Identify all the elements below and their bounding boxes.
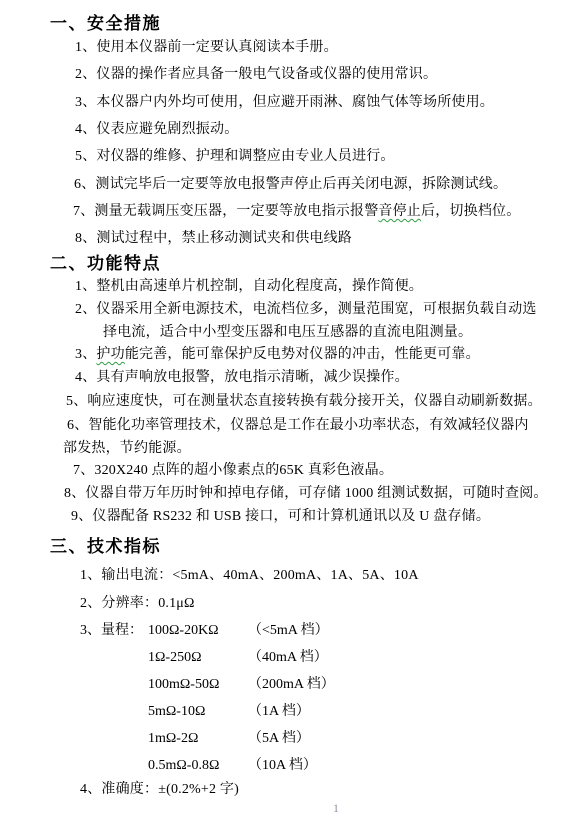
list-item: 1、输出电流：<5mA、40mA、200mA、1A、5A、10A [80, 566, 419, 585]
list-item: 1、使用本仪器前一定要认真阅读本手册。 [75, 38, 338, 57]
range-tap: （10A 档） [248, 756, 317, 775]
section-2-heading: 二、功能特点 [50, 249, 161, 274]
list-item: 7、测量无载调压变压器，一定要等放电指示报警音停止后，切换档位。 [73, 202, 520, 221]
list-item: 2、仪器采用全新电源技术，电流档位多，测量范围宽，可根据负载自动选 [75, 300, 537, 319]
list-item: 部发热，节约能源。 [63, 439, 191, 458]
misspell-marked-text: 音停止 [378, 204, 421, 219]
list-item: 6、测试完毕后一定要等放电报警声停止后再关闭电源，拆除测试线。 [74, 175, 507, 194]
range-label: 3、量程： [80, 621, 143, 640]
range-value: 1mΩ-2Ω [148, 729, 198, 748]
list-item: 8、测试过程中，禁止移动测试夹和供电线路 [75, 229, 352, 248]
range-value: 0.5mΩ-0.8Ω [148, 756, 219, 775]
page-number: 1 [333, 801, 339, 816]
list-item: 4、具有声响放电报警，放电指示清晰，减少误操作。 [75, 368, 409, 387]
text-segment: 后，切换档位。 [421, 204, 520, 219]
list-item: 9、仪器配备 RS232 和 USB 接口，可和计算机通讯以及 U 盘存储。 [71, 507, 490, 526]
text-segment: 7、测量无载调压变压器，一定要等放电指示报警 [73, 204, 378, 219]
list-item: 5、响应速度快，可在测量状态直接转换有载分接开关，仪器自动刷新数据。 [66, 392, 542, 411]
range-tap: （<5mA 档） [248, 621, 329, 640]
list-item: 4、仪表应避免剧烈振动。 [75, 120, 238, 139]
text-segment: 3、 [75, 347, 96, 362]
range-value: 1Ω-250Ω [148, 648, 201, 667]
list-item: 1、整机由高速单片机控制，自动化程度高，操作简便。 [75, 277, 423, 296]
range-value: 100Ω-20KΩ [148, 621, 219, 640]
section-3-heading: 三、技术指标 [50, 532, 161, 557]
range-tap: （200mA 档） [248, 675, 335, 694]
document-page: 一、安全措施 1、使用本仪器前一定要认真阅读本手册。 2、仪器的操作者应具备一般… [0, 0, 568, 819]
list-item: 5、对仪器的维修、护理和调整应由专业人员进行。 [75, 147, 395, 166]
range-value: 100mΩ-50Ω [148, 675, 219, 694]
list-item: 2、仪器的操作者应具备一般电气设备或仪器的使用常识。 [75, 65, 437, 84]
range-tap: （5A 档） [248, 729, 310, 748]
list-item: 3、护功能完善，能可靠保护反电势对仪器的冲击，性能更可靠。 [75, 345, 480, 364]
list-item: 6、智能化功率管理技术，仪器总是工作在最小功率状态，有效减轻仪器内 [67, 416, 529, 435]
text-segment: 能完善，能可靠保护反电势对仪器的冲击，性能更可靠。 [125, 347, 480, 362]
list-item: 择电流，适合中小型变压器和电压互感器的直流电阻测量。 [103, 323, 472, 342]
list-item: 2、分辨率：0.1μΩ [80, 594, 195, 613]
list-item: 4、准确度：±(0.2%+2 字) [80, 780, 239, 799]
list-item: 3、本仪器户内外均可使用，但应避开雨淋、腐蚀气体等场所使用。 [75, 93, 494, 112]
range-tap: （1A 档） [248, 702, 310, 721]
list-item: 8、仪器自带万年历时钟和掉电存储，可存储 1000 组测试数据，可随时查阅。 [64, 484, 548, 503]
section-1-heading: 一、安全措施 [50, 9, 161, 34]
range-tap: （40mA 档） [248, 648, 328, 667]
range-value: 5mΩ-10Ω [148, 702, 205, 721]
misspell-marked-text: 护功 [96, 347, 124, 362]
list-item: 7、320X240 点阵的超小像素点的65K 真彩色液晶。 [73, 461, 393, 480]
